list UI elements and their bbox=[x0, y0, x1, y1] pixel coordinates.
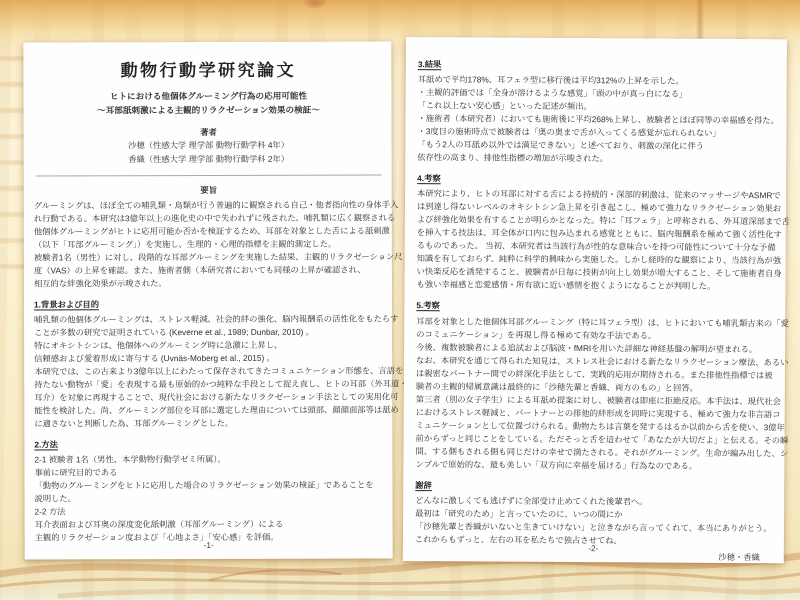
text-line: 特にオキシトシンは、他個体へのグルーミング時に急激に上昇し、 bbox=[34, 339, 384, 353]
text-line: 耳介）を対象に再現することで、現代社会における新たなリラクゼーション手法としての… bbox=[34, 391, 384, 405]
text-line: 哺乳類の他個体グルーミングは、ストレス軽減、社会的絆の強化、脳内報酬系の活性化を… bbox=[34, 313, 384, 327]
section-heading: 3.結果 bbox=[418, 57, 777, 73]
text-line: 事前に研究目的である bbox=[34, 466, 384, 480]
paper-section: 謝辞どんなに激しくても逃げずに全部受け止めてくれた後輩君へ。最初は「研究のため」… bbox=[415, 478, 774, 548]
text-line: 2-2 方法 bbox=[35, 505, 385, 519]
text-line: （以下「耳部グルーミング」）を実施し、生理的・心理的指標を主観的測定した。 bbox=[34, 237, 384, 251]
abstract-heading: 要旨 bbox=[34, 183, 384, 197]
paper-title: 動物行動学研究論文 bbox=[33, 60, 383, 83]
section-heading: 5.考察 bbox=[416, 298, 775, 314]
page-number-2: -2- bbox=[403, 541, 784, 556]
text-line: ことが多数の研究で証明されている (Keverne et al., 1989; … bbox=[34, 326, 384, 340]
text-line: 沙穂（性感大学 理学部 動物行動学科 4年） bbox=[34, 139, 384, 153]
text-line: も強い幸福感と恋愛感情・所有欲に近い感情を抱くようになることが判明した。 bbox=[416, 278, 775, 293]
text-line: 能性を検討した。尚、グルーミング部位を耳部に選定した理由については頭部、顔顔面部… bbox=[34, 404, 384, 418]
text-line: ヒトにおける他個体グルーミング行為の応用可能性 bbox=[33, 90, 383, 105]
text-line: 依存性の高まり、排他性指標の増加が示唆された。 bbox=[417, 151, 776, 166]
section-heading: 2.方法 bbox=[34, 437, 384, 452]
text-line: れ行動である。本研究は3億年以上の進化史の中で失われずに残された、哺乳類に広く観… bbox=[34, 211, 384, 225]
text-line: 持たない動物が「愛」を表現する最も原始的かつ純粋な手段として捉え直し、ヒトの耳部… bbox=[34, 378, 384, 392]
paper-section: 3.結果耳舐めで平均178%、耳フェラ型に移行後は平均312%の上昇を示した。・… bbox=[417, 57, 777, 166]
wood-grain-left-streaks bbox=[0, 56, 26, 276]
text-line: 香織（性感大学 理学部 動物行動学科 2年） bbox=[34, 152, 384, 166]
section-heading: 4.考察 bbox=[417, 171, 776, 187]
text-line: 信頼感および愛着形成に寄与する (Uvnäs-Moberg et al., 20… bbox=[34, 352, 384, 366]
text-line: 説明した。 bbox=[35, 492, 385, 506]
text-line: 「動物のグルーミングをヒトに応用した場合のリラクゼーション効果の検証」であること… bbox=[34, 479, 384, 493]
paper-section: 5.考察耳部を対象とした他個体耳部グルーミング（特に耳フェラ型）は、ヒトにおいて… bbox=[415, 298, 775, 472]
authors-label: 著者 bbox=[34, 126, 384, 140]
text-line: 2-1 被験者 1名（男性、本学動物行動学ゼミ所属）。 bbox=[34, 453, 384, 467]
paper-subtitle: ヒトにおける他個体グルーミング行為の応用可能性〜耳部舐刺激による主観的リラクゼー… bbox=[33, 90, 383, 118]
page1-sections: 1.背景および目的哺乳類の他個体グルーミングは、ストレス軽減、社会的絆の強化、脳… bbox=[34, 296, 385, 544]
abstract-text: グルーミングは、ほぼ全ての哺乳類・鳥類が行う普遍的に観察される自己・他者指向性の… bbox=[34, 198, 384, 290]
paper-section: 2.方法2-1 被験者 1名（男性、本学動物行動学ゼミ所属）。事前に研究目的であ… bbox=[34, 437, 384, 545]
text-line: 耳介表面および耳奥の深度変化舐刺激（耳部グルーミング）による bbox=[35, 518, 385, 532]
author-list: 沙穂（性感大学 理学部 動物行動学科 4年）香織（性感大学 理学部 動物行動学科… bbox=[34, 139, 384, 166]
text-line: 本研究では、この古来より3億年以上にわたって保存されてきたコミュニケーション形態… bbox=[34, 365, 384, 379]
text-line: グルーミングは、ほぼ全ての哺乳類・鳥類が行う普遍的に観察される自己・他者指向性の… bbox=[34, 198, 384, 212]
text-line: 〜耳部舐刺激による主観的リラクゼーション効果の検証〜 bbox=[33, 103, 383, 118]
page-number-1: -1- bbox=[25, 539, 393, 553]
paper-page-2: 3.結果耳舐めで平均178%、耳フェラ型に移行後は平均312%の上昇を示した。・… bbox=[403, 37, 787, 563]
paper-page-1: 動物行動学研究論文 ヒトにおける他個体グルーミング行為の応用可能性〜耳部舐刺激に… bbox=[23, 42, 392, 560]
text-line: ンプルで原始的な、最も美しい「双方向に幸福を届ける」行為なのである。 bbox=[415, 458, 774, 473]
authors-block: 著者 沙穂（性感大学 理学部 動物行動学科 4年）香織（性感大学 理学部 動物行… bbox=[34, 126, 384, 167]
section-heading: 1.背景および目的 bbox=[34, 296, 384, 311]
text-line: 相互的な絆強化効果が示唆された。 bbox=[34, 276, 384, 290]
section-heading: 謝辞 bbox=[415, 478, 774, 494]
text-line: 被験者1名（男性）に対し、段階的な耳部グルーミングを実施した結果、主観的リラクゼ… bbox=[34, 250, 384, 264]
page2-sections: 3.結果耳舐めで平均178%、耳フェラ型に移行後は平均312%の上昇を示した。・… bbox=[415, 57, 777, 548]
text-line: 度（VAS）の上昇を確認。また、施術者側（本研究者においても同様の上昇が確認され… bbox=[34, 263, 384, 277]
paper-section: 1.背景および目的哺乳類の他個体グルーミングは、ストレス軽減、社会的絆の強化、脳… bbox=[34, 296, 384, 430]
text-line: 他個体グルーミングがヒトに応用可能か否かを検証するため、耳部を対象とした舌による… bbox=[34, 224, 384, 238]
title-divider bbox=[36, 174, 382, 176]
text-line: に適さないと判断した為、耳部グルーミングとした。 bbox=[34, 417, 384, 431]
paper-section: 4.考察本研究により、ヒトの耳部に対する舌による持続的・深部的刺激は、従来のマッ… bbox=[416, 171, 776, 293]
